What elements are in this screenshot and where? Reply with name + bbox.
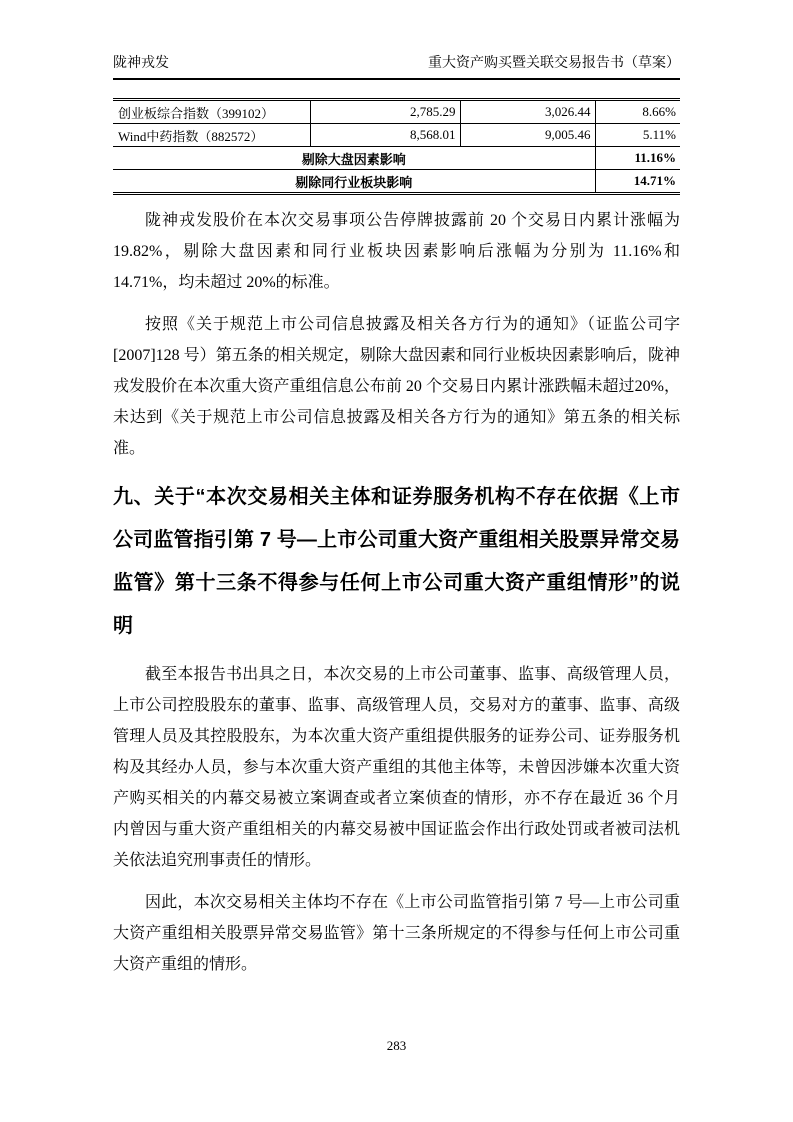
summary-change-cell: 14.71% [595,170,680,194]
paragraph-related-parties-statement: 截至本报告书出具之日，本次交易的上市公司董事、监事、高级管理人员，上市公司控股股… [113,659,680,876]
index-change-cell: 5.11% [595,124,680,147]
index-end-value-cell: 3,026.44 [460,100,595,124]
paragraph-price-increase: 陇神戎发股价在本次交易事项公告停牌披露前 20 个交易日内累计涨幅为19.82%… [113,205,680,298]
table-row-wind-tcm-index: Wind中药指数（882572） 8,568.01 9,005.46 5.11% [113,124,680,147]
page-footer: 283 [0,1038,793,1054]
table-row-excl-sector-factor: 剔除同行业板块影响 14.71% [113,170,680,194]
page-header: 陇神戎发 重大资产购买暨关联交易报告书（草案） [113,55,680,80]
summary-change-cell: 11.16% [595,147,680,170]
index-name-cell: Wind中药指数（882572） [113,124,310,147]
index-comparison-table: 创业板综合指数（399102） 2,785.29 3,026.44 8.66% … [113,98,680,195]
header-company-name: 陇神戎发 [113,55,169,72]
summary-label-cell: 剔除同行业板块影响 [113,170,595,194]
index-change-cell: 8.66% [595,100,680,124]
index-start-value-cell: 8,568.01 [310,124,460,147]
index-name-cell: 创业板综合指数（399102） [113,100,310,124]
paragraph-conclusion: 因此，本次交易相关主体均不存在《上市公司监管指引第 7 号—上市公司重大资产重组… [113,887,680,980]
page-number: 283 [387,1038,407,1053]
summary-label-cell: 剔除大盘因素影响 [113,147,595,170]
table-row-excl-market-factor: 剔除大盘因素影响 11.16% [113,147,680,170]
header-doc-title: 重大资产购买暨关联交易报告书（草案） [428,55,680,72]
paragraph-regulation-standard: 按照《关于规范上市公司信息披露及相关各方行为的通知》（证监公司字[2007]12… [113,309,680,464]
document-page: 陇神戎发 重大资产购买暨关联交易报告书（草案） 创业板综合指数（399102） … [0,0,793,1122]
index-end-value-cell: 9,005.46 [460,124,595,147]
index-start-value-cell: 2,785.29 [310,100,460,124]
section-heading-nine: 九、关于“本次交易相关主体和证券服务机构不存在依据《上市公司监管指引第 7 号—… [113,476,680,648]
table-row-chinext-index: 创业板综合指数（399102） 2,785.29 3,026.44 8.66% [113,100,680,124]
